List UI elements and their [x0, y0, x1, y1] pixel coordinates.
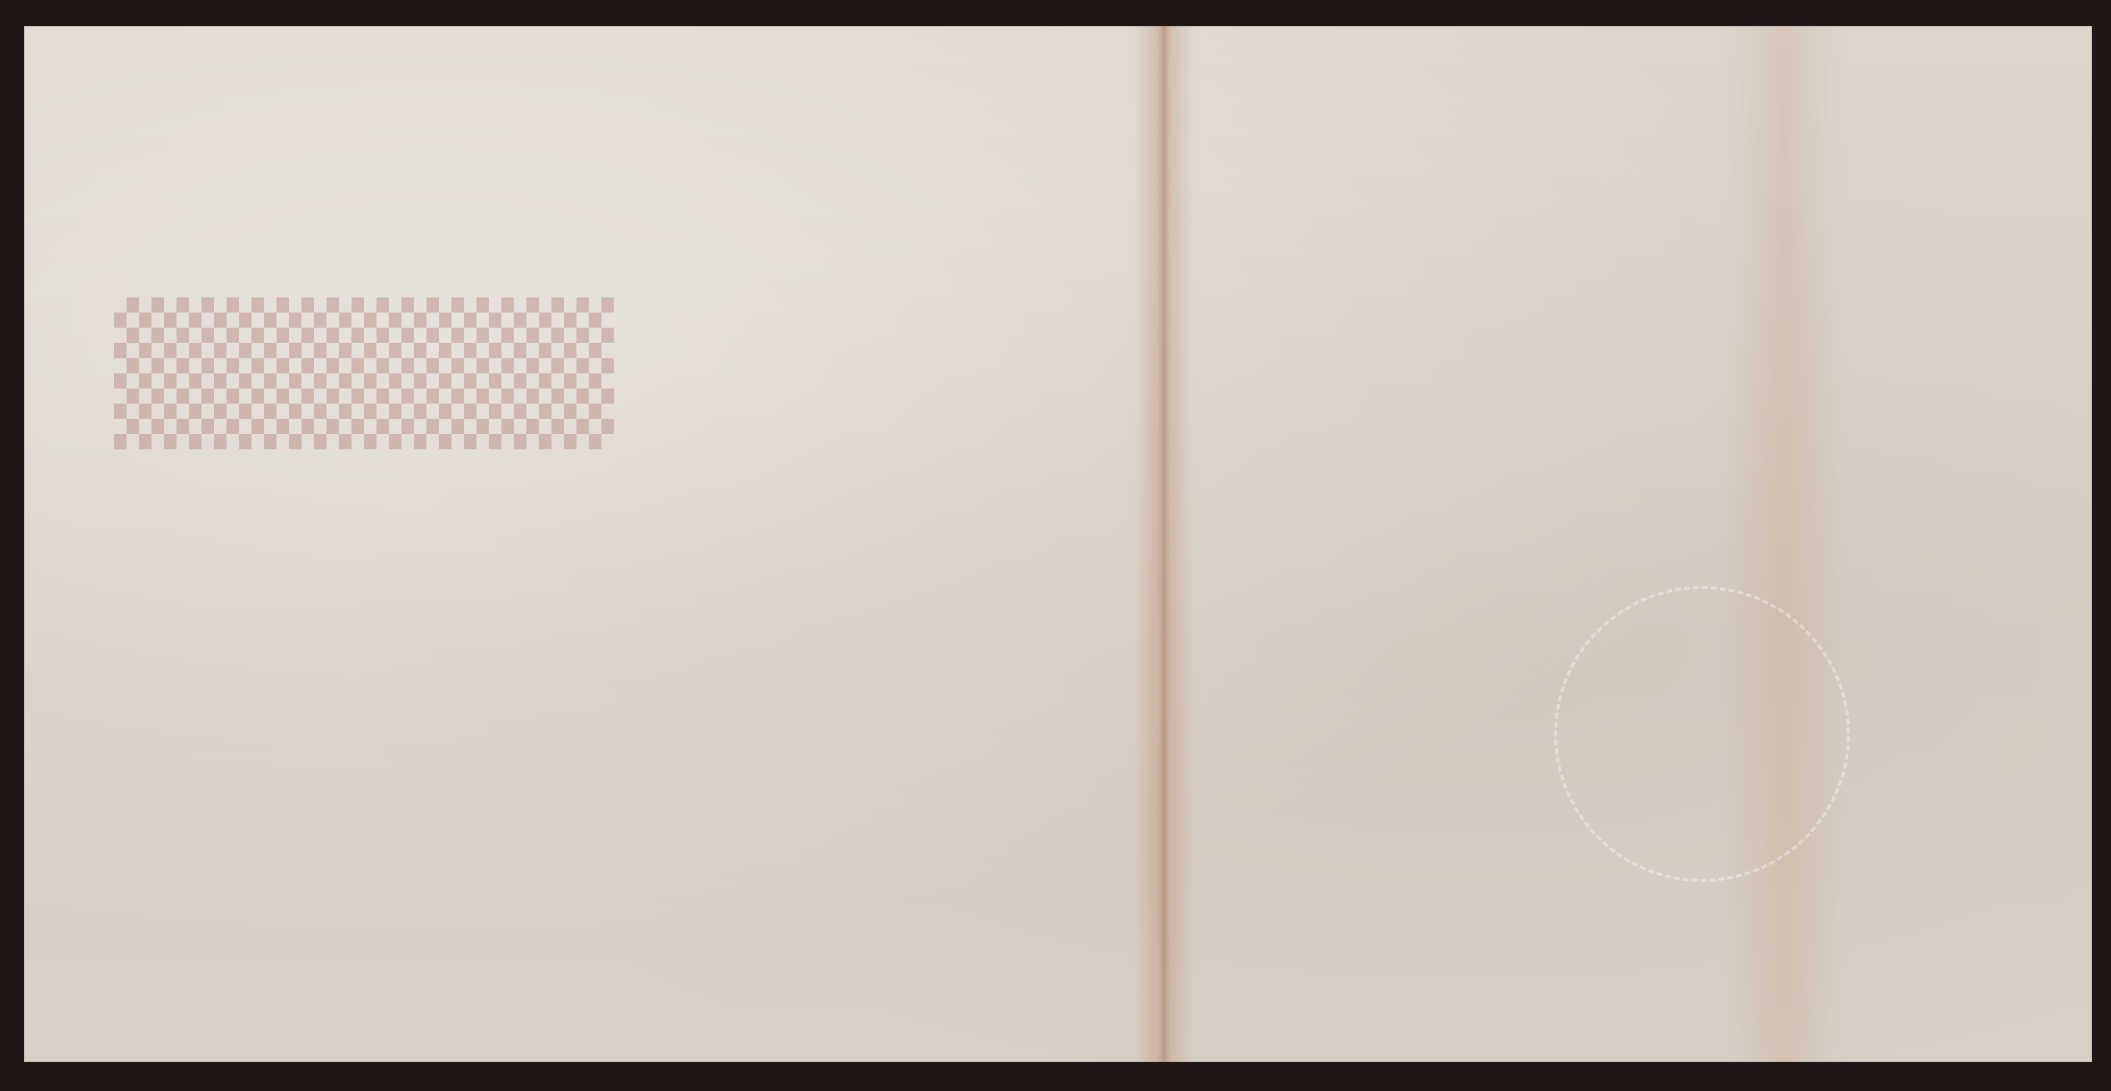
banknote: ▒▒▒▒▒ [24, 26, 2092, 1062]
mirrored-print: ▒▒▒▒▒ [114, 296, 614, 449]
fold-stain [1724, 26, 1844, 1062]
embossed-stamp [1554, 586, 1850, 882]
fold-stain [1134, 26, 1194, 1062]
